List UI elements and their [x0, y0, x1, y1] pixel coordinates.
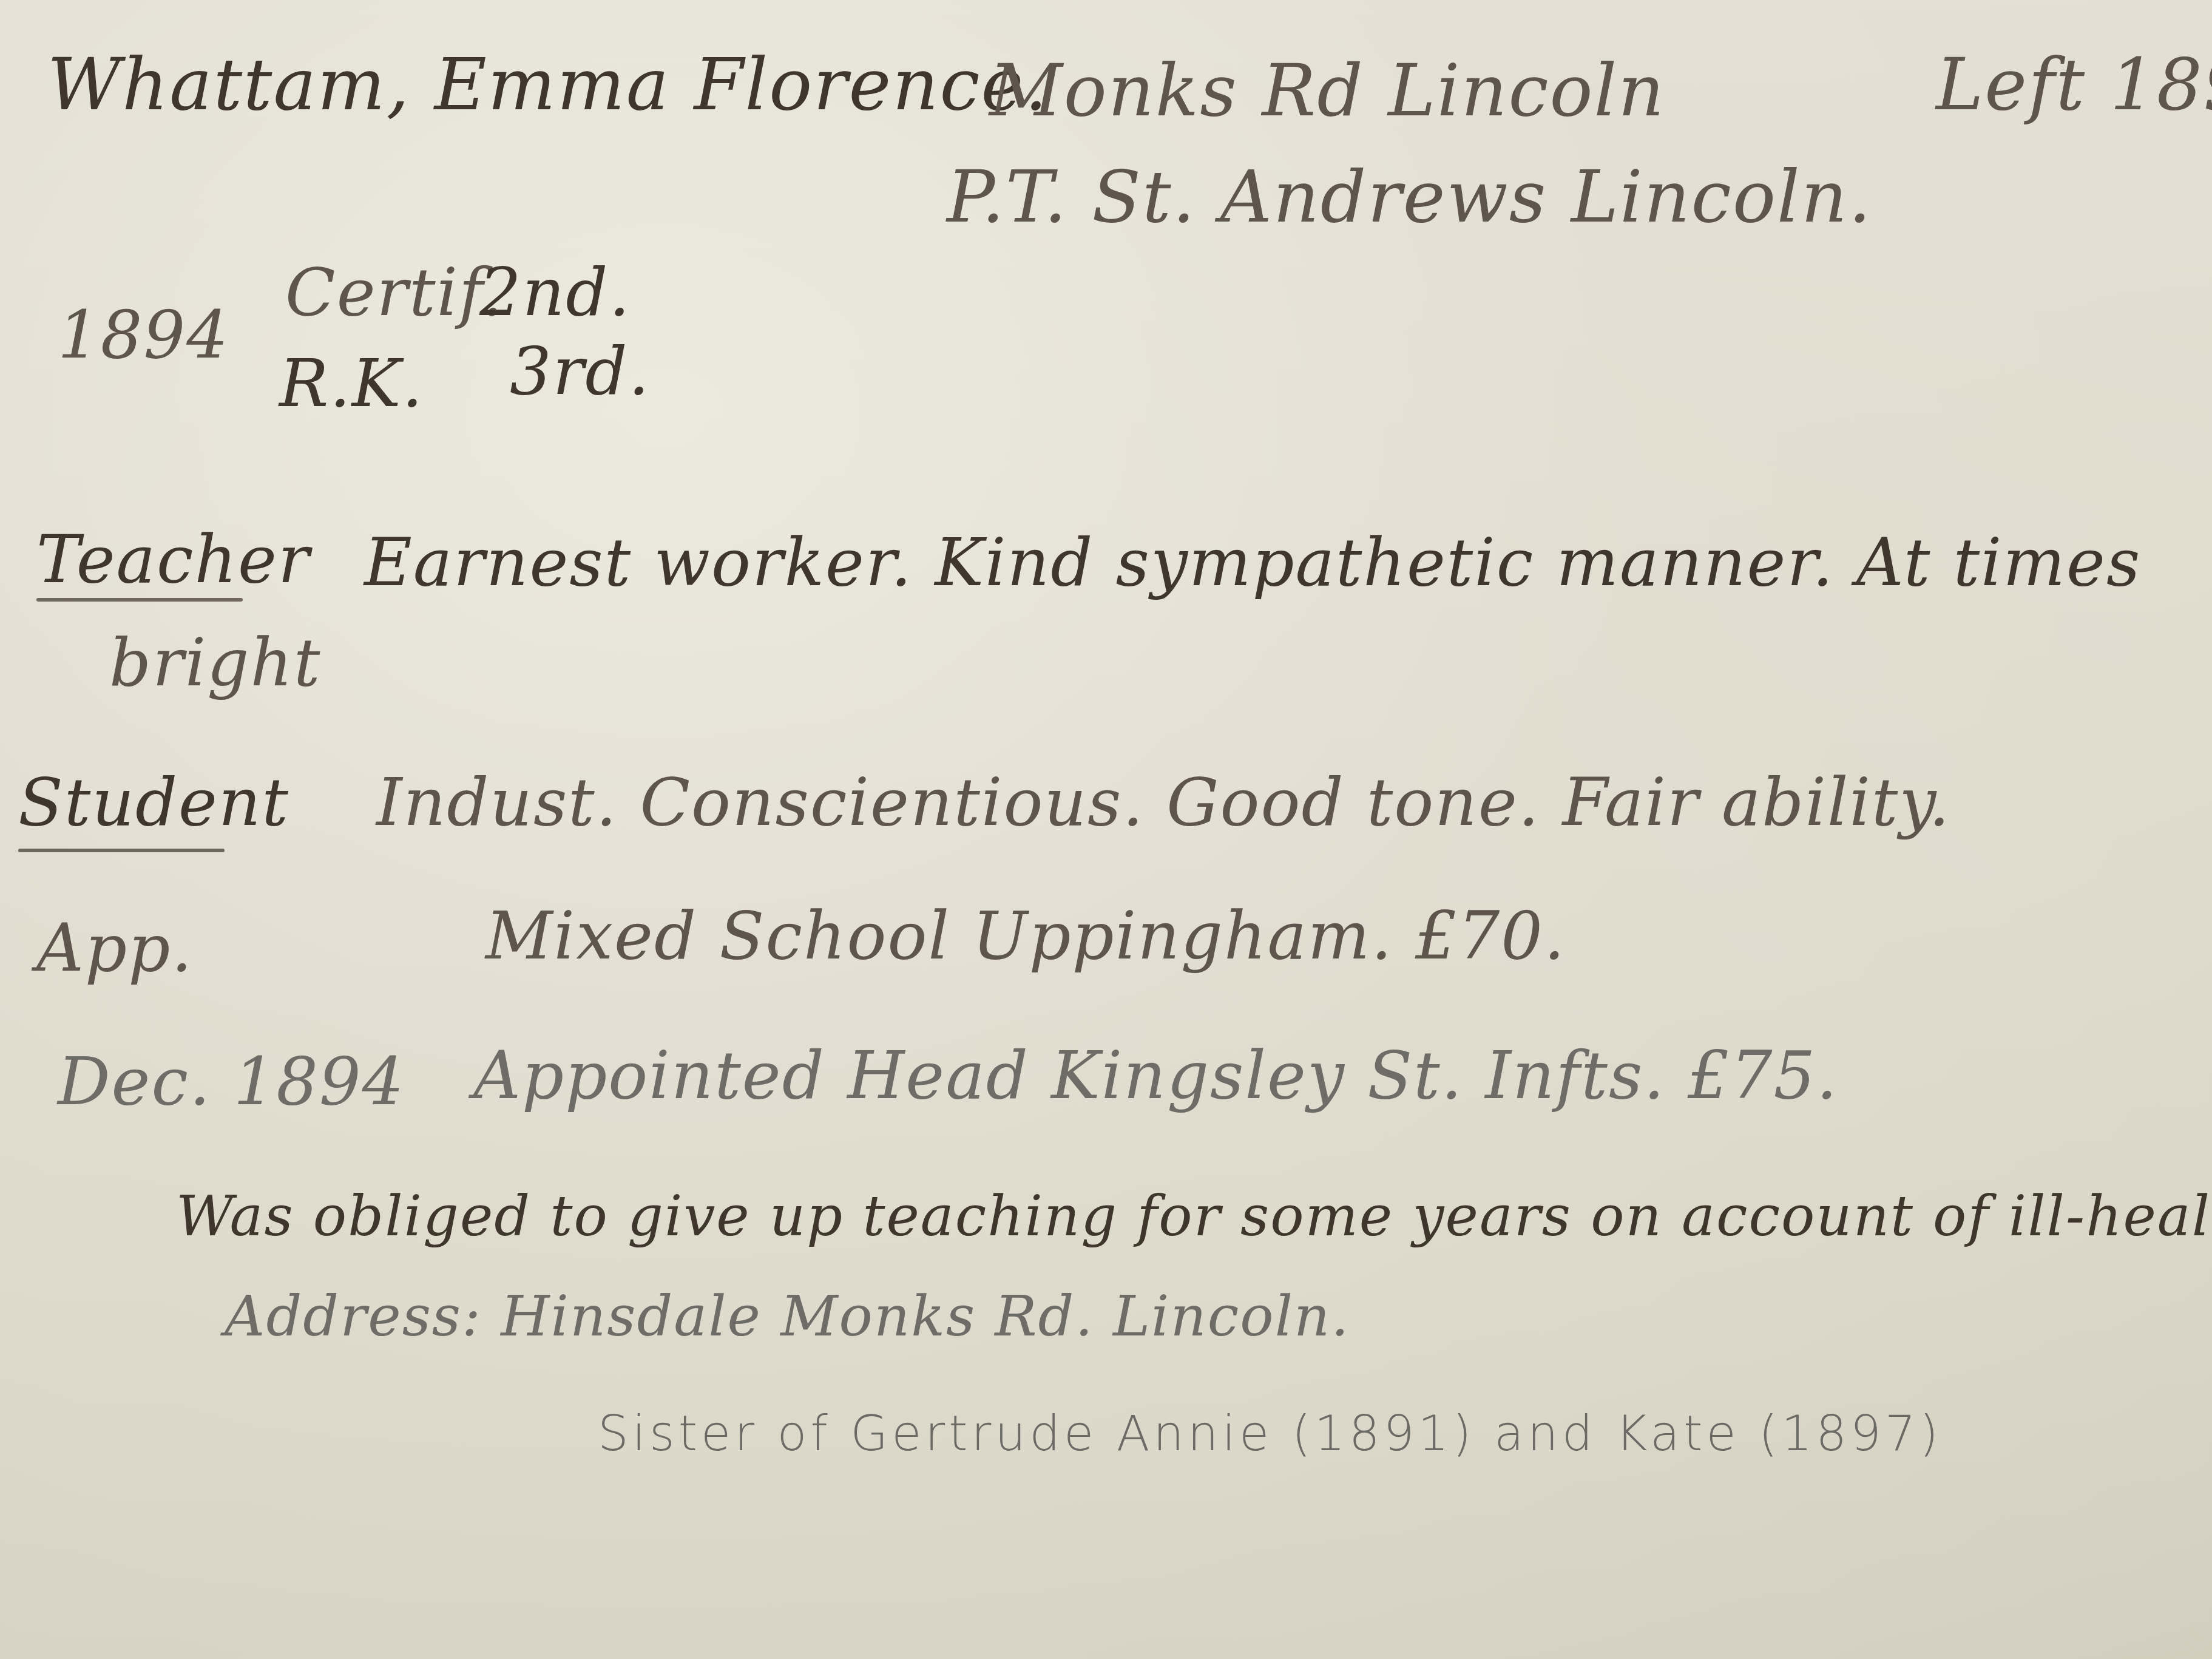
- teacher-assessment-text: Earnest worker. Kind sympathetic manner.…: [364, 525, 2141, 601]
- address-line-2: P.T. St. Andrews Lincoln.: [947, 155, 1872, 239]
- sibling-pencil-note: Sister of Gertrude Annie (1891) and Kate…: [598, 1405, 1942, 1462]
- left-date-note: Left 1894: [1936, 42, 2212, 126]
- teacher-label-underline: [36, 598, 243, 602]
- student-label-underline: [18, 849, 225, 852]
- later-address-note: Address: Hinsdale Monks Rd. Lincoln.: [225, 1284, 1350, 1349]
- rk-label: R.K.: [279, 346, 424, 422]
- health-note: Was obliged to give up teaching for some…: [176, 1184, 2212, 1249]
- student-name: Whattam, Emma Florence.: [47, 42, 1049, 126]
- certificate-grade: 2nd.: [479, 255, 631, 331]
- appointment-text: Mixed School Uppingham. £70.: [485, 898, 1566, 974]
- certificate-year: 1894: [58, 297, 229, 373]
- teacher-label: Teacher: [36, 522, 311, 598]
- certificate-label: Certif.: [285, 255, 504, 331]
- record-card: Whattam, Emma Florence. Monks Rd Lincoln…: [0, 0, 2212, 1659]
- student-label: Student: [18, 765, 289, 841]
- rk-grade: 3rd.: [510, 334, 651, 410]
- appointment-label: App.: [36, 911, 194, 986]
- teacher-assessment-continuation: bright: [109, 625, 321, 701]
- head-appointment-text: Appointed Head Kingsley St. Infts. £75.: [473, 1038, 1838, 1114]
- student-assessment-text: Indust. Conscientious. Good tone. Fair a…: [376, 765, 1951, 841]
- address-line-1: Monks Rd Lincoln: [989, 49, 1665, 132]
- appointment-date: Dec. 1894: [58, 1044, 405, 1120]
